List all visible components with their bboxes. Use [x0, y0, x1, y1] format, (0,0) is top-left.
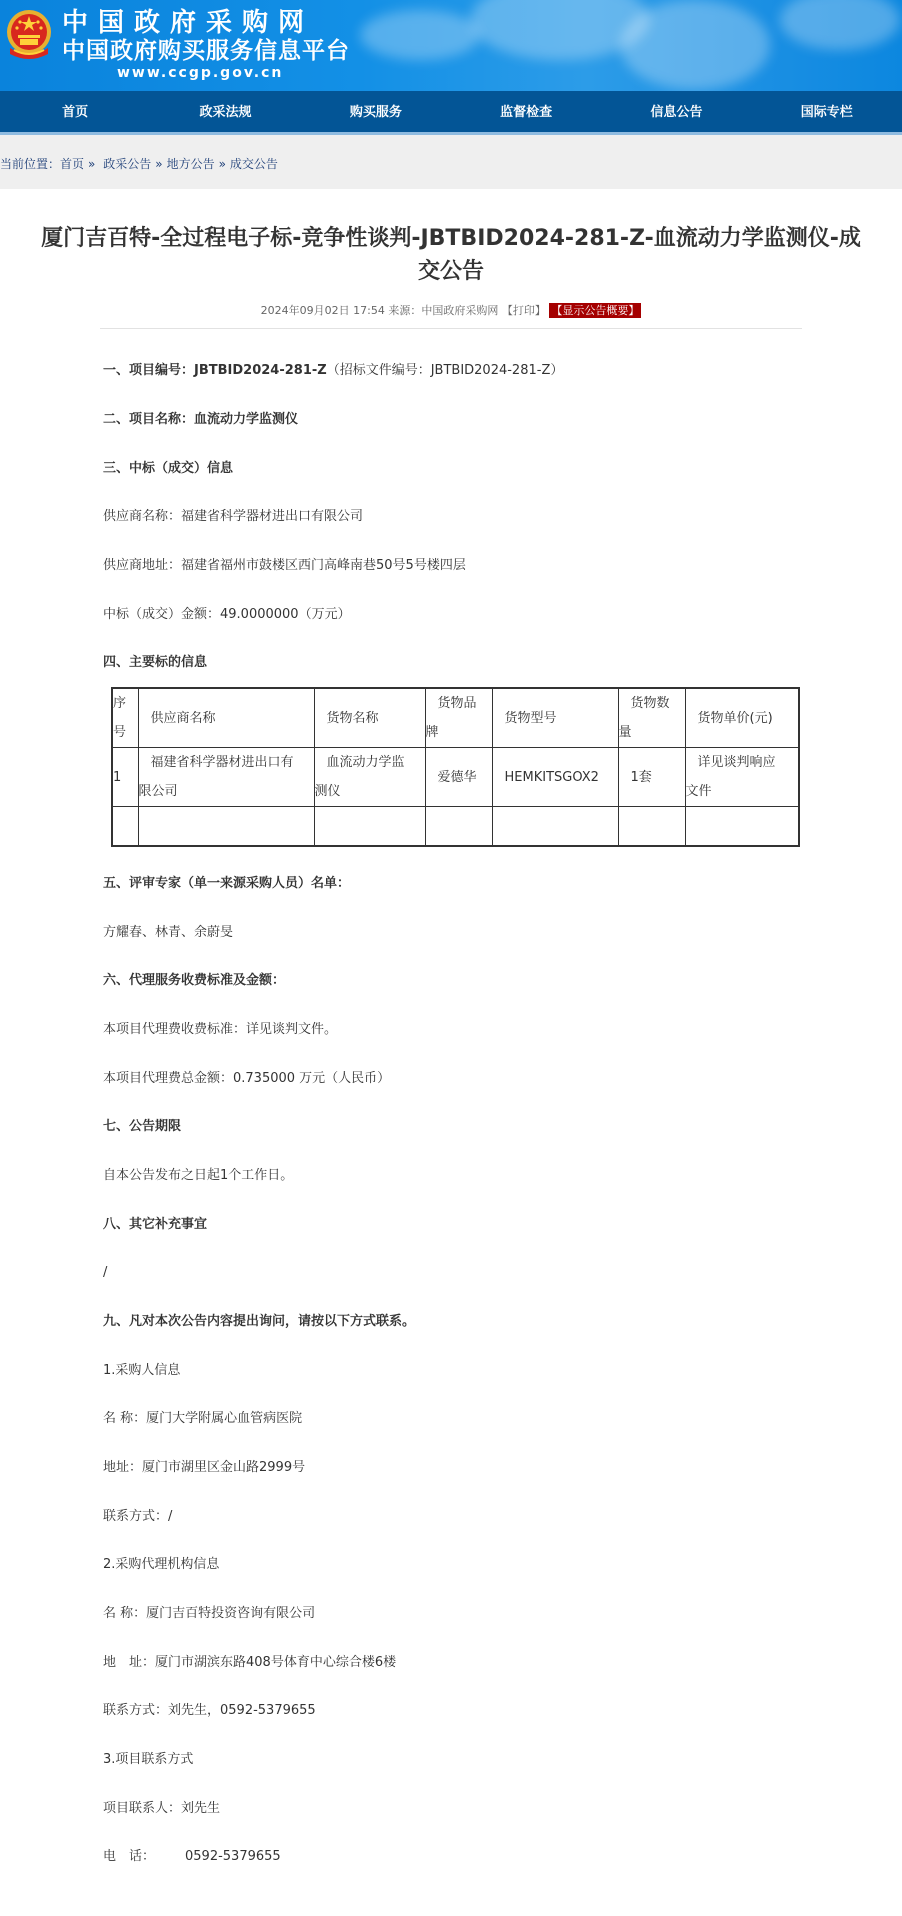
site-url: www.ccgp.gov.cn [117, 64, 350, 82]
other-matters: / [103, 1263, 107, 1283]
fee-total: 本项目代理费总金额：0.735000 万元（人民币） [103, 1069, 390, 1089]
header-brand: 货物品牌 [425, 688, 492, 748]
notice-period: 自本公告发布之日起1个工作日。 [103, 1166, 293, 1186]
purchaser-contact: 联系方式：/ [103, 1507, 172, 1527]
cell-quantity: 1套 [618, 748, 685, 807]
title-line-1: 厦门吉百特-全过程电子标-竞争性谈判-JBTBID2024-281-Z-血流动力… [41, 226, 861, 251]
section-agency-fee: 六、代理服务收费标准及金额： [103, 971, 285, 991]
title-line-2: 交公告 [418, 259, 484, 284]
section-project-number: 一、项目编号：JBTBID2024-281-Z（招标文件编号：JBTBID202… [103, 361, 563, 381]
agency-name: 名 称：厦门吉百特投资咨询有限公司 [103, 1604, 315, 1624]
cloud-decoration [360, 10, 480, 60]
expert-names: 方耀春、林青、余蔚旻 [103, 923, 233, 943]
section-other-matters: 八、其它补充事宜 [103, 1215, 207, 1235]
nav-item-home[interactable]: 首页 [0, 91, 150, 132]
project-contact-person: 项目联系人：刘先生 [103, 1799, 220, 1819]
nav-item-announcements[interactable]: 信息公告 [601, 91, 751, 132]
cell-seq: 1 [112, 748, 138, 807]
breadcrumb-procurement-notices[interactable]: 政采公告 [103, 157, 151, 171]
goods-table: 序号 供应商名称 货物名称 货物品牌 货物型号 货物数量 货物单价(元) 1 福… [111, 687, 800, 847]
cell-brand: 爱德华 [425, 748, 492, 807]
breadcrumb-separator: » [155, 157, 162, 171]
header-unit-price: 货物单价(元) [685, 688, 799, 748]
section-contact: 九、凡对本次公告内容提出询问，请按以下方式联系。 [103, 1312, 415, 1332]
nav-item-supervision[interactable]: 监督检查 [451, 91, 601, 132]
cloud-decoration [780, 0, 900, 50]
purchaser-name: 名 称：厦门大学附属心血管病医院 [103, 1409, 302, 1429]
breadcrumb-local-notices[interactable]: 地方公告 [167, 157, 215, 171]
main-nav: 首页 政采法规 购买服务 监督检查 信息公告 国际专栏 [0, 91, 902, 135]
title-divider [100, 328, 802, 329]
article-meta: 2024年09月02日 17:54 来源：中国政府采购网 【打印】 【显示公告概… [0, 302, 902, 318]
project-contact-phone: 电 话：0592-5379655 [103, 1847, 281, 1867]
supplier-name: 供应商名称：福建省科学器材进出口有限公司 [103, 507, 363, 527]
purchaser-info-title: 1.采购人信息 [103, 1361, 180, 1381]
phone-label: 电 话： [103, 1849, 155, 1864]
cloud-decoration [620, 0, 770, 90]
purchaser-address: 地址：厦门市湖里区金山路2999号 [103, 1458, 305, 1478]
cell-supplier: 福建省科学器材进出口有限公司 [138, 748, 314, 807]
section-award-info: 三、中标（成交）信息 [103, 459, 233, 479]
nav-item-purchase-services[interactable]: 购买服务 [301, 91, 451, 132]
nav-item-regulations[interactable]: 政采法规 [150, 91, 300, 132]
show-summary-button[interactable]: 【显示公告概要】 [549, 303, 641, 318]
cell-goods-name: 血流动力学监测仪 [314, 748, 425, 807]
site-logo[interactable]: 中国政府采购网 中国政府购买服务信息平台 www.ccgp.gov.cn [62, 8, 350, 82]
agency-address: 地 址：厦门市湖滨东路408号体育中心综合楼6楼 [103, 1653, 396, 1673]
site-name: 中国政府采购网 [62, 8, 350, 38]
cell-unit-price: 详见谈判响应文件 [685, 748, 799, 807]
source-label: 来源： [388, 304, 421, 317]
nav-item-international[interactable]: 国际专栏 [752, 91, 902, 132]
supplier-address: 供应商地址：福建省福州市鼓楼区西门高峰南巷50号5号楼四层 [103, 556, 466, 576]
site-header-banner: 中国政府采购网 中国政府购买服务信息平台 www.ccgp.gov.cn [0, 0, 902, 91]
section-experts: 五、评审专家（单一来源采购人员）名单： [103, 874, 350, 894]
breadcrumb-deal-notices[interactable]: 成交公告 [230, 157, 278, 171]
project-number: JBTBID2024-281-Z [194, 363, 327, 378]
page-title: 厦门吉百特-全过程电子标-竞争性谈判-JBTBID2024-281-Z-血流动力… [0, 222, 902, 288]
project-contact-title: 3.项目联系方式 [103, 1750, 193, 1770]
breadcrumb-separator: » [88, 157, 95, 171]
site-subtitle: 中国政府购买服务信息平台 [62, 38, 350, 64]
header-quantity: 货物数量 [618, 688, 685, 748]
breadcrumb-separator: » [219, 157, 226, 171]
phone-number: 0592-5379655 [185, 1849, 281, 1864]
agency-contact: 联系方式：刘先生，0592-5379655 [103, 1701, 316, 1721]
section-main-items: 四、主要标的信息 [103, 653, 207, 673]
section-project-name: 二、项目名称：血流动力学监测仪 [103, 410, 298, 430]
fee-standard: 本项目代理费收费标准：详见谈判文件。 [103, 1020, 337, 1040]
header-goods-name: 货物名称 [314, 688, 425, 748]
award-amount: 中标（成交）金额：49.0000000（万元） [103, 605, 351, 625]
header-model: 货物型号 [492, 688, 618, 748]
section-heading: 一、项目编号： [103, 363, 194, 378]
national-emblem-icon[interactable] [4, 8, 54, 64]
table-row: 1 福建省科学器材进出口有限公司 血流动力学监测仪 爱德华 HEMKITSGOX… [112, 748, 799, 807]
header-seq: 序号 [112, 688, 138, 748]
breadcrumb-home[interactable]: 首页 [60, 157, 84, 171]
breadcrumb-prefix: 当前位置： [0, 157, 60, 171]
cell-model: HEMKITSGOX2 [492, 748, 618, 807]
breadcrumb: 当前位置：首页» 政采公告»地方公告»成交公告 [0, 135, 902, 189]
bid-document-number: （招标文件编号：JBTBID2024-281-Z） [327, 363, 564, 378]
table-header-row: 序号 供应商名称 货物名称 货物品牌 货物型号 货物数量 货物单价(元) [112, 688, 799, 748]
print-link[interactable]: 【打印】 [502, 304, 546, 317]
source-name: 中国政府采购网 [421, 304, 498, 317]
agency-info-title: 2.采购代理机构信息 [103, 1555, 219, 1575]
table-row-empty [112, 807, 799, 846]
section-notice-period: 七、公告期限 [103, 1117, 181, 1137]
header-supplier: 供应商名称 [138, 688, 314, 748]
publish-datetime: 2024年09月02日 17:54 [261, 304, 385, 317]
